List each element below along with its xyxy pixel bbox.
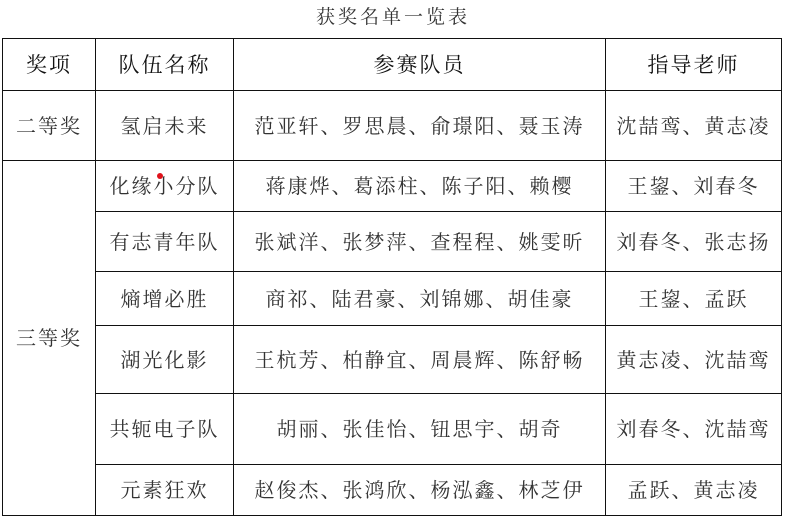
team-cell: 有志青年队	[96, 212, 234, 272]
advisors-cell: 刘春冬、张志扬	[606, 212, 782, 272]
advisors-cell: 刘春冬、沈喆鸾	[606, 394, 782, 465]
table-row: 三等奖 化缘小分队 蒋康烨、葛添柱、陈子阳、赖樱 王鋆、刘春冬	[3, 161, 782, 212]
advisors-cell: 孟跃、黄志凌	[606, 465, 782, 516]
table-row: 有志青年队 张斌洋、张梦萍、查程程、姚雯昕 刘春冬、张志扬	[3, 212, 782, 272]
table-row: 湖光化影 王杭芳、柏静宜、周晨辉、陈舒畅 黄志凌、沈喆鸾	[3, 326, 782, 394]
table-row: 二等奖 氢启未来 范亚轩、罗思晨、俞璟阳、聂玉涛 沈喆鸾、黄志凌	[3, 91, 782, 161]
team-cell: 氢启未来	[96, 91, 234, 161]
members-cell: 商祁、陆君豪、刘锦娜、胡佳豪	[234, 272, 606, 326]
members-cell: 王杭芳、柏静宜、周晨辉、陈舒畅	[234, 326, 606, 394]
team-cell: 湖光化影	[96, 326, 234, 394]
advisors-cell: 沈喆鸾、黄志凌	[606, 91, 782, 161]
advisors-cell: 王鋆、刘春冬	[606, 161, 782, 212]
team-cell: 化缘小分队	[96, 161, 234, 212]
award-cell: 三等奖	[3, 161, 96, 516]
header-row: 奖项 队伍名称 参赛队员 指导老师	[3, 39, 782, 91]
header-advisors: 指导老师	[606, 39, 782, 91]
table-row: 共轭电子队 胡丽、张佳怡、钮思宇、胡奇 刘春冬、沈喆鸾	[3, 394, 782, 465]
members-cell: 范亚轩、罗思晨、俞璟阳、聂玉涛	[234, 91, 606, 161]
members-cell: 张斌洋、张梦萍、查程程、姚雯昕	[234, 212, 606, 272]
table-row: 元素狂欢 赵俊杰、张鸿欣、杨泓鑫、林芝伊 孟跃、黄志凌	[3, 465, 782, 516]
advisors-cell: 王鋆、孟跃	[606, 272, 782, 326]
advisors-cell: 黄志凌、沈喆鸾	[606, 326, 782, 394]
members-cell: 蒋康烨、葛添柱、陈子阳、赖樱	[234, 161, 606, 212]
header-team: 队伍名称	[96, 39, 234, 91]
award-cell: 二等奖	[3, 91, 96, 161]
team-cell: 共轭电子队	[96, 394, 234, 465]
awards-table: 奖项 队伍名称 参赛队员 指导老师 二等奖 氢启未来 范亚轩、罗思晨、俞璟阳、聂…	[2, 38, 782, 516]
team-cell: 熵增必胜	[96, 272, 234, 326]
table-row: 熵增必胜 商祁、陆君豪、刘锦娜、胡佳豪 王鋆、孟跃	[3, 272, 782, 326]
header-award: 奖项	[3, 39, 96, 91]
members-cell: 赵俊杰、张鸿欣、杨泓鑫、林芝伊	[234, 465, 606, 516]
header-members: 参赛队员	[234, 39, 606, 91]
members-cell: 胡丽、张佳怡、钮思宇、胡奇	[234, 394, 606, 465]
team-cell: 元素狂欢	[96, 465, 234, 516]
red-dot-mark	[157, 173, 163, 179]
table-title: 获奖名单一览表	[0, 2, 786, 29]
